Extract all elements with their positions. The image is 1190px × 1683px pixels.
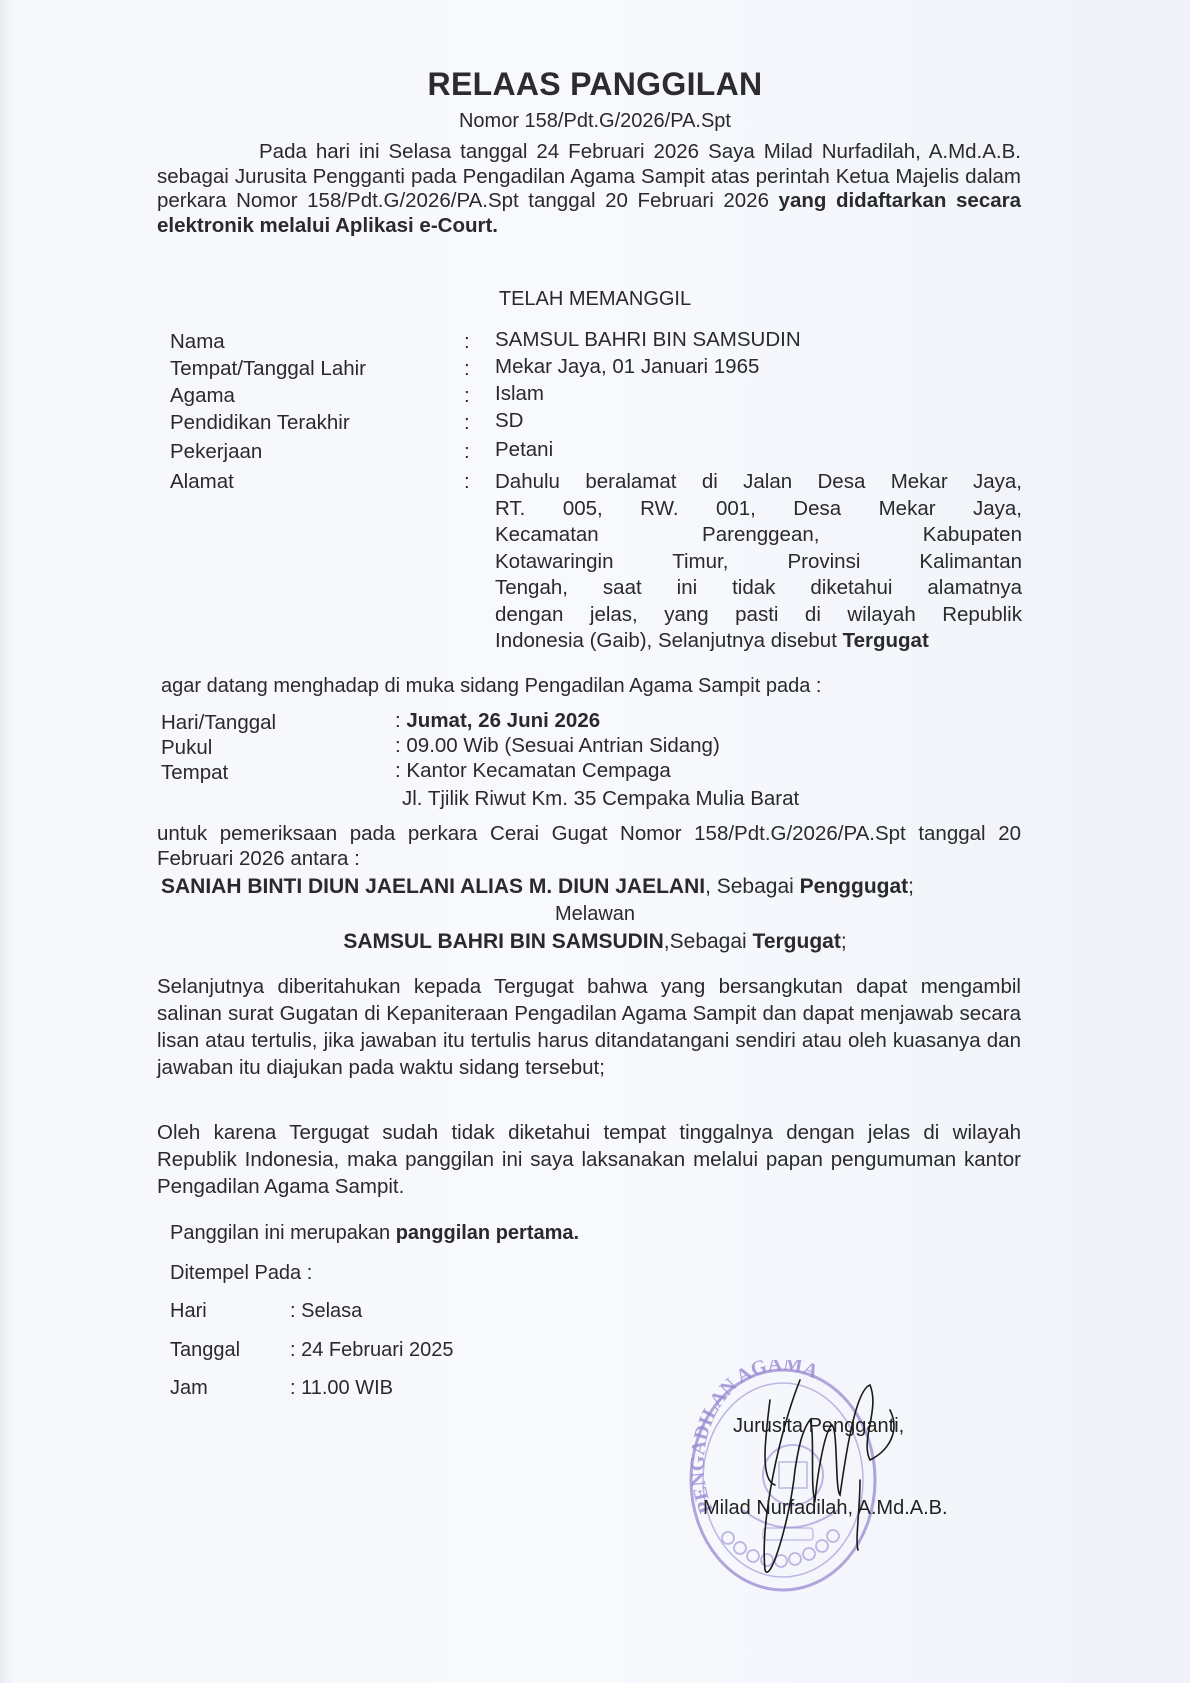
colon: : [464,411,470,435]
defendant-label: Tergugat [843,629,929,652]
label-posted-day: Hari [170,1300,207,1323]
address-line: dengan jelas, yang pasti di wilayah Repu… [495,602,1022,629]
label-agama: Agama [170,384,235,408]
intro-paragraph: Pada hari ini Selasa tanggal 24 Februari… [157,140,1021,238]
plaintiff-line: SANIAH BINTI DIUN JAELANI ALIAS M. DIUN … [161,875,914,899]
label-pekerjaan: Pekerjaan [170,440,262,464]
call-text: Panggilan ini merupakan [170,1222,396,1244]
hearing-date: Jumat, 26 Juni 2026 [406,709,600,732]
colon: : [464,384,470,408]
colon: : [464,357,470,381]
value-nama: SAMSUL BAHRI BIN SAMSUDIN [495,328,801,352]
notice-paragraph-1: Selanjutnya diberitahukan kepada Terguga… [157,973,1021,1081]
plaintiff-name: SANIAH BINTI DIUN JAELANI ALIAS M. DIUN … [161,875,705,898]
signer-name: Milad Nurfadilah, A.Md.A.B. [703,1497,948,1520]
label-pendidikan: Pendidikan Terakhir [170,411,350,435]
address-line: Tengah, saat ini tidak diketahui alamatn… [495,575,1022,602]
value-agama: Islam [495,382,544,406]
case-number: Nomor 158/Pdt.G/2026/PA.Spt [0,110,1190,133]
colon: : [464,470,470,494]
telah-memanggil-heading: TELAH MEMANGGIL [0,288,1190,311]
colon: : [464,330,470,354]
defendant-role: Tergugat [753,930,841,953]
semicolon: ; [908,875,914,898]
address-last-text: Indonesia (Gaib), Selanjutnya disebut [495,629,843,652]
document-page: RELAAS PANGGILAN Nomor 158/Pdt.G/2026/PA… [0,0,1190,1683]
value-pukul: : 09.00 Wib (Sesuai Antrian Sidang) [395,734,720,758]
colon: : [395,709,401,732]
address-line: Dahulu beralamat di Jalan Desa Mekar Jay… [495,469,1022,496]
label-alamat: Alamat [170,470,234,494]
semicolon: ; [841,930,847,953]
summons-intro: agar datang menghadap di muka sidang Pen… [161,675,821,698]
plaintiff-role: Penggugat [800,875,909,898]
value-tempat-tanggal-lahir: Mekar Jaya, 01 Januari 1965 [495,355,759,379]
value-pendidikan: SD [495,409,523,433]
call-type: panggilan pertama. [396,1222,579,1244]
document-title: RELAAS PANGGILAN [0,66,1190,103]
address-line: Kotawaringin Timur, Provinsi Kalimantan [495,549,1022,576]
value-tempat: : Kantor Kecamatan Cempaga [395,759,671,783]
colon: : [395,759,401,782]
versus-text: Melawan [0,903,1190,926]
defendant-as: ,Sebagai [664,930,753,953]
value-posted-day: : Selasa [290,1300,362,1323]
address-line: RT. 005, RW. 001, Desa Mekar Jaya, [495,496,1022,523]
colon: : [395,734,401,757]
notice-paragraph-2: Oleh karena Tergugat sudah tidak diketah… [157,1119,1021,1200]
label-tempat-tanggal-lahir: Tempat/Tanggal Lahir [170,357,366,381]
address-line: Kecamatan Parenggean, Kabupaten [495,522,1022,549]
label-tempat: Tempat [161,761,228,785]
signature-icon [740,1370,920,1590]
label-posted-date: Tanggal [170,1339,240,1362]
value-hari-tanggal: : Jumat, 26 Juni 2026 [395,709,600,733]
hearing-place-address: Jl. Tjilik Riwut Km. 35 Cempaka Mulia Ba… [402,787,799,811]
defendant-name: SAMSUL BAHRI BIN SAMSUDIN [343,930,663,953]
value-pekerjaan: Petani [495,438,553,462]
plaintiff-as: , Sebagai [705,875,800,898]
hearing-place: Kantor Kecamatan Cempaga [406,759,670,782]
label-hari-tanggal: Hari/Tanggal [161,711,276,735]
value-posted-time: : 11.00 WIB [290,1377,393,1400]
case-paragraph: untuk pemeriksaan pada perkara Cerai Gug… [157,821,1021,871]
label-posted-time: Jam [170,1377,208,1400]
call-type-line: Panggilan ini merupakan panggilan pertam… [170,1222,579,1245]
defendant-line: SAMSUL BAHRI BIN SAMSUDIN,Sebagai Tergug… [0,930,1190,954]
label-pukul: Pukul [161,736,212,760]
colon: : [464,440,470,464]
address-line-last: Indonesia (Gaib), Selanjutnya disebut Te… [495,628,1022,655]
hearing-time: 09.00 Wib (Sesuai Antrian Sidang) [406,734,719,757]
value-alamat: Dahulu beralamat di Jalan Desa Mekar Jay… [495,469,1022,655]
value-posted-date: : 24 Februari 2025 [290,1339,453,1362]
posted-heading: Ditempel Pada : [170,1262,312,1285]
label-nama: Nama [170,330,225,354]
